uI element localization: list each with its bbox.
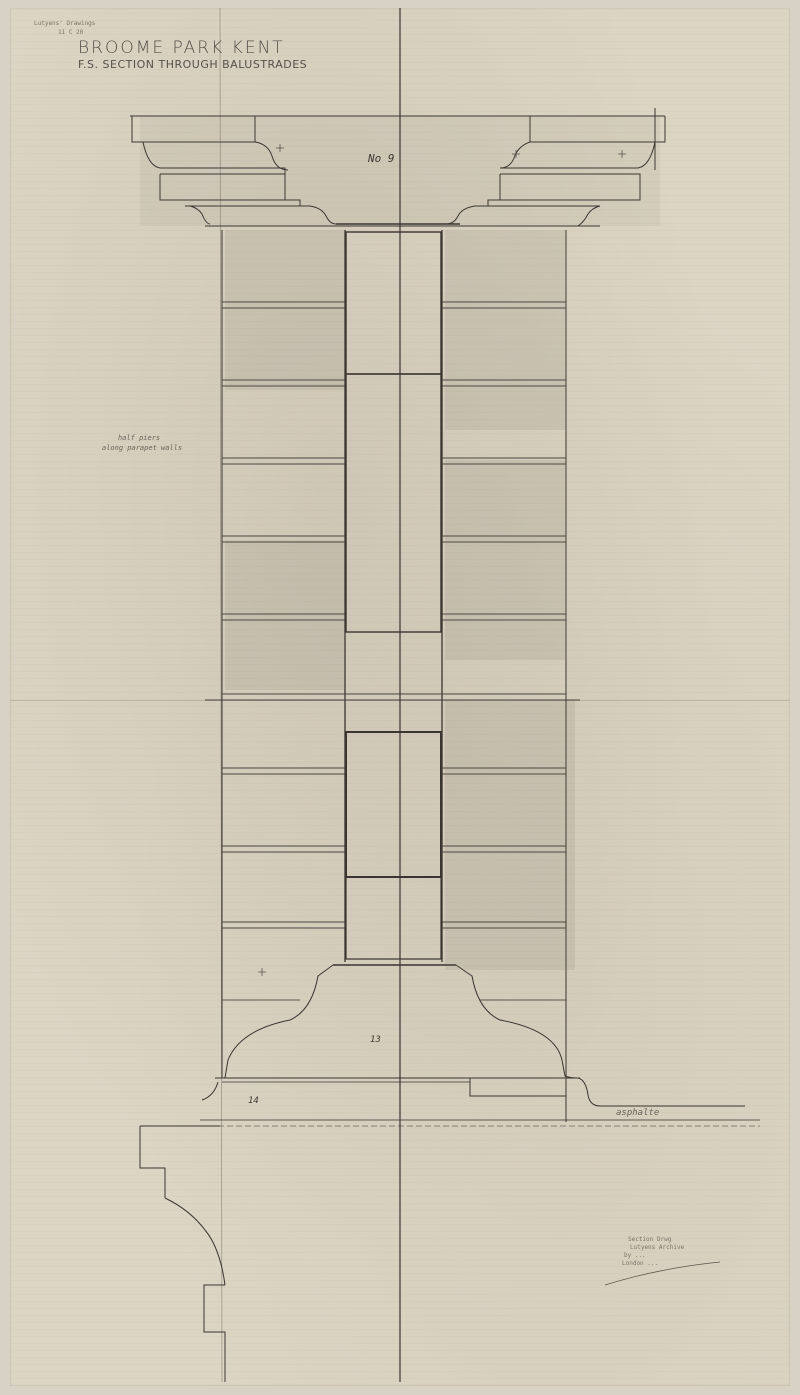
stamp-line-2: Lutyens Archive: [630, 1244, 684, 1251]
margin-note-1: half piers: [118, 434, 160, 442]
stamp-line-3: by ...: [624, 1252, 646, 1259]
wall-base-profile: [140, 1126, 225, 1382]
sheet-number: No 9: [368, 152, 395, 165]
stamp-line-1: Section Drwg: [628, 1236, 671, 1243]
archive-note: Lutyens' Drawings: [34, 20, 95, 27]
plinth-label: 13: [370, 1035, 381, 1045]
base-label: 14: [248, 1096, 259, 1106]
drawing-title: BROOME PARK KENT: [78, 38, 285, 58]
stamp-line-4: London ...: [622, 1260, 658, 1267]
archive-reference: 11 C 20: [58, 29, 83, 36]
drawing-subtitle: F.S. SECTION THROUGH BALUSTRADES: [78, 58, 307, 71]
asphalte-label: asphalte: [616, 1108, 659, 1118]
margin-note-2: along parapet walls: [102, 444, 182, 452]
plinth-moulding: [200, 965, 760, 1126]
balustrade-section-drawing: [0, 0, 800, 1395]
